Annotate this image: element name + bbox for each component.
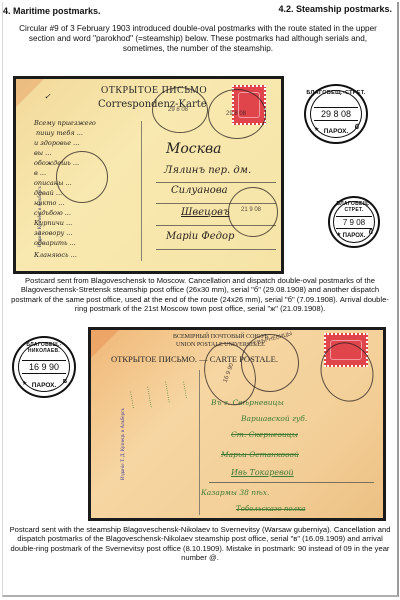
postmark-drawing-2: БЛАГОВЕЩ.-СТРЕТ. 7 9 08 ПАРОХ. ★ б [328, 196, 380, 248]
postmark-drawing-1: БЛАГОВЕЩ.-СТРЕТ. 29 8 08 ПАРОХ. ★ б [304, 84, 368, 144]
subsection-title: 4.2. Steamship postmarks. [278, 4, 392, 14]
caption-postcard-2: Postcard sent with the steamship Blagove… [6, 525, 394, 563]
postcard-1: ОТКРЫТОЕ ПИСЬМО Correspondenz-Karte Изда… [13, 76, 284, 274]
caption-postcard-1: Postcard sent from Blagoveschensk to Mos… [6, 276, 394, 314]
divider-line [141, 121, 142, 261]
intro-text: Circular #9 of 3 February 1903 introduce… [8, 24, 388, 54]
postcard-2: ВСЕМІРНЫЙ ПОЧТОВЫЙ СОЮЗЪ UNION POSTALE U… [88, 327, 386, 521]
section-title: 4. Maritime postmarks. [3, 6, 101, 16]
publisher-imprint: Изданіе Т. Д. Кузнецъ и Альберсъ [121, 408, 126, 480]
postmark-drawing-3: БЛАГОВЕЩ.-НИКОЛАЕВ. 16 9 90 ПАРОХ. ★ в [12, 336, 76, 398]
cancellation-postmark-on-stamp [312, 335, 381, 409]
handwritten-mark: ✓ [44, 92, 51, 101]
divider-line [199, 370, 200, 515]
arrival-postmark-faint [56, 151, 108, 203]
photo-corner [16, 79, 44, 107]
